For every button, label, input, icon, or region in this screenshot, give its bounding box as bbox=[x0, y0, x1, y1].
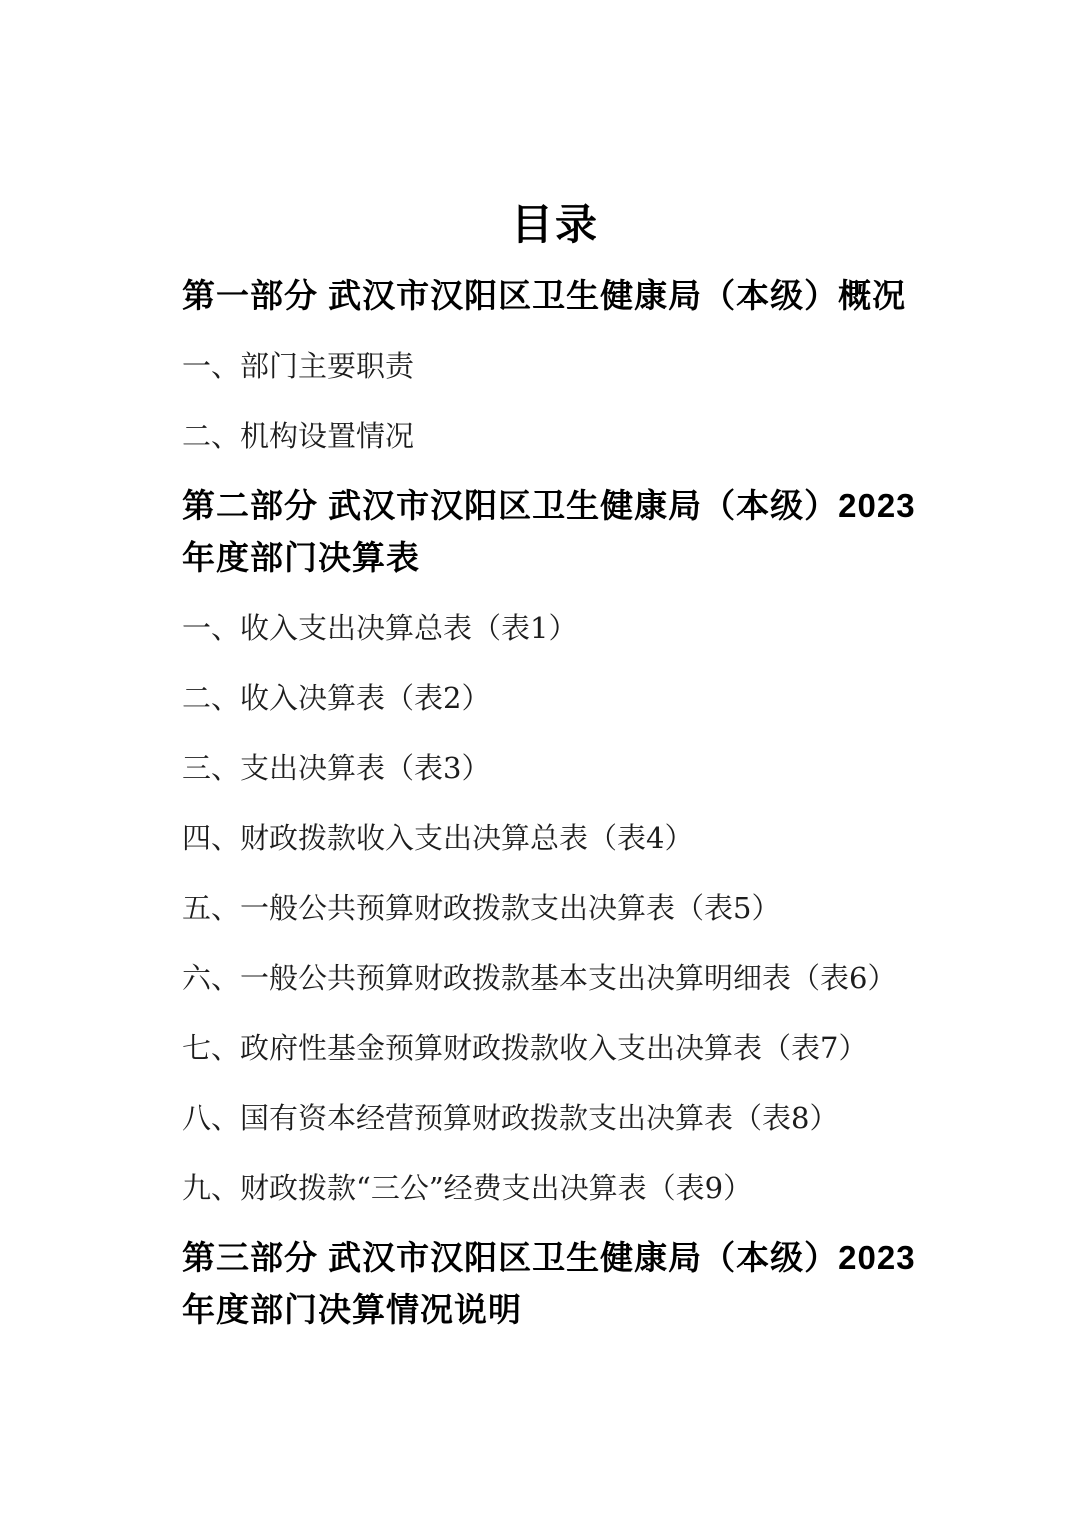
toc-part-3-heading: 第三部分 武汉市汉阳区卫生健康局（本级）2023年度部门决算情况说明 bbox=[182, 1232, 928, 1336]
toc-part-2-item-2: 二、收入决算表（表2） bbox=[182, 672, 928, 724]
toc-part-1-item-2: 二、机构设置情况 bbox=[182, 410, 928, 462]
toc-part-1-heading: 第一部分 武汉市汉阳区卫生健康局（本级）概况 bbox=[182, 270, 928, 322]
toc-part-2-item-1: 一、收入支出决算总表（表1） bbox=[182, 602, 928, 654]
toc-part-2-item-6: 六、一般公共预算财政拨款基本支出决算明细表（表6） bbox=[182, 952, 928, 1004]
toc-part-2-item-4: 四、财政拨款收入支出决算总表（表4） bbox=[182, 812, 928, 864]
toc-document-page: 目录 第一部分 武汉市汉阳区卫生健康局（本级）概况 一、部门主要职责 二、机构设… bbox=[0, 0, 1074, 1520]
toc-part-2-item-3: 三、支出决算表（表3） bbox=[182, 742, 928, 794]
toc-part-2-item-5: 五、一般公共预算财政拨款支出决算表（表5） bbox=[182, 882, 928, 934]
toc-part-2-heading: 第二部分 武汉市汉阳区卫生健康局（本级）2023年度部门决算表 bbox=[182, 480, 928, 584]
toc-part-2-item-7: 七、政府性基金预算财政拨款收入支出决算表（表7） bbox=[182, 1022, 928, 1074]
toc-part-1-item-1: 一、部门主要职责 bbox=[182, 340, 928, 392]
toc-part-2-item-9: 九、财政拨款“三公”经费支出决算表（表9） bbox=[182, 1162, 928, 1214]
toc-part-2-item-8: 八、国有资本经营预算财政拨款支出决算表（表8） bbox=[182, 1092, 928, 1144]
page-title: 目录 bbox=[182, 196, 928, 254]
